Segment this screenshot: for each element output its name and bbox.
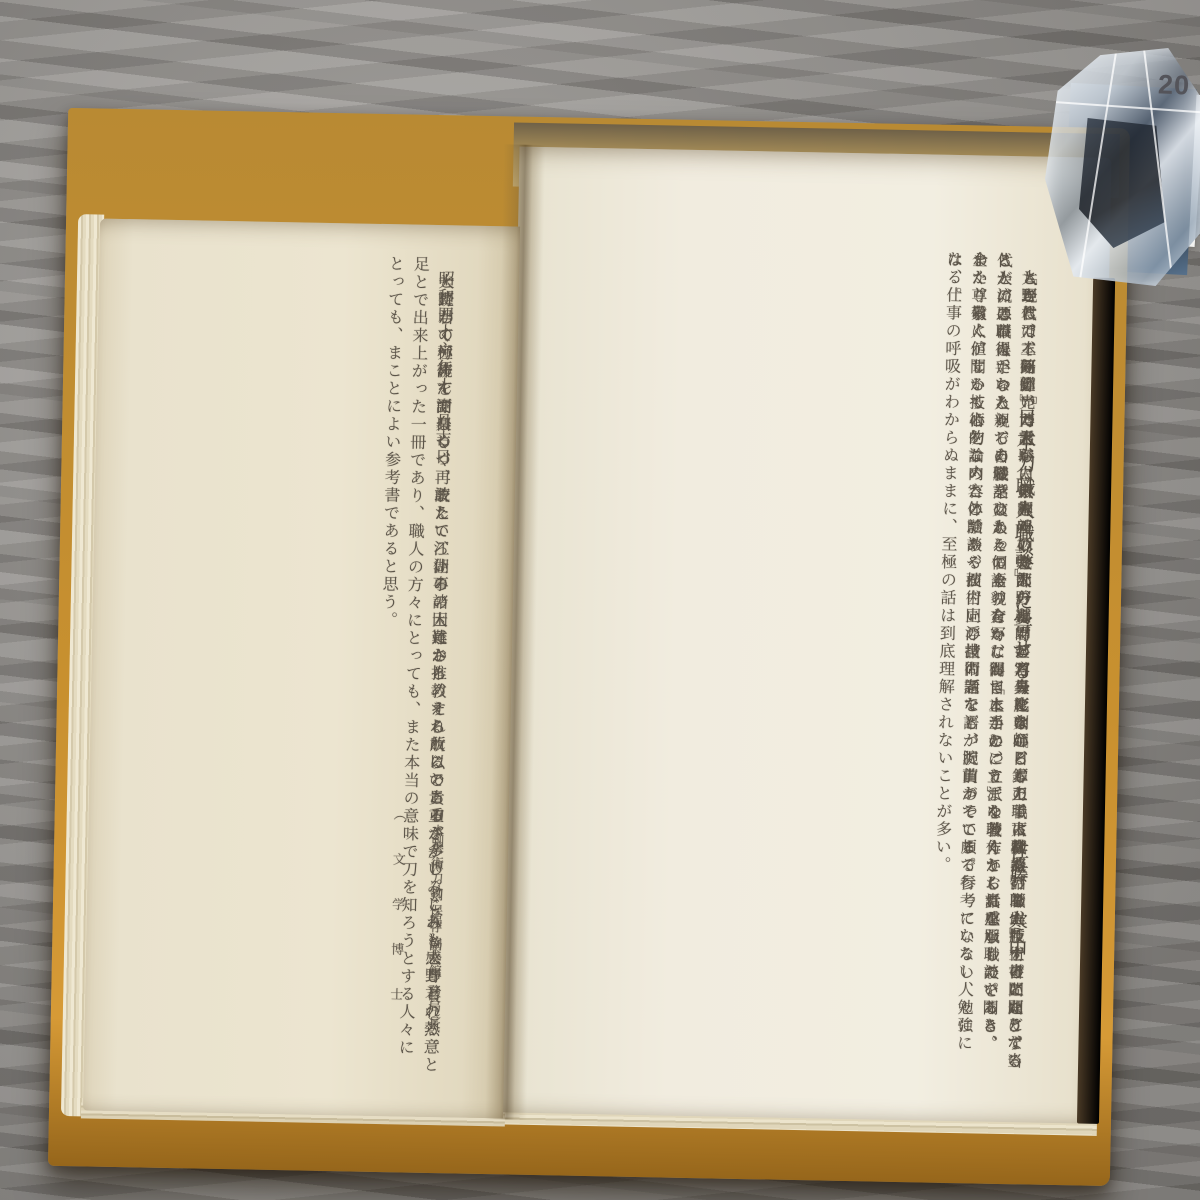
crystal-facet-line [1041, 100, 1200, 114]
photo-watermark: 20 [1157, 69, 1190, 101]
left-page-text: 一読して極めて面白く、再読して、仕事の困難さと、それ故にの貴重さがしみじみと感じ… [165, 251, 458, 1074]
open-book: 『日本刀職人職談』に寄せる 佐藤 寒山 『現代刀工銘鑑』で大いに気を吐いた大野正… [48, 108, 1130, 1186]
crystal-reflection [1079, 118, 1165, 248]
right-page-text: 『日本刀職人職談』に寄せる 佐藤 寒山 『現代刀工銘鑑』で大いに気を吐いた大野正… [555, 244, 1041, 1071]
body-paragraph: 大野君は、研師、刀工、白銀師、柄巻師、鞘師、刀身彫刻師、鐔工、下げ緒打師、色上げ… [950, 251, 1041, 1070]
